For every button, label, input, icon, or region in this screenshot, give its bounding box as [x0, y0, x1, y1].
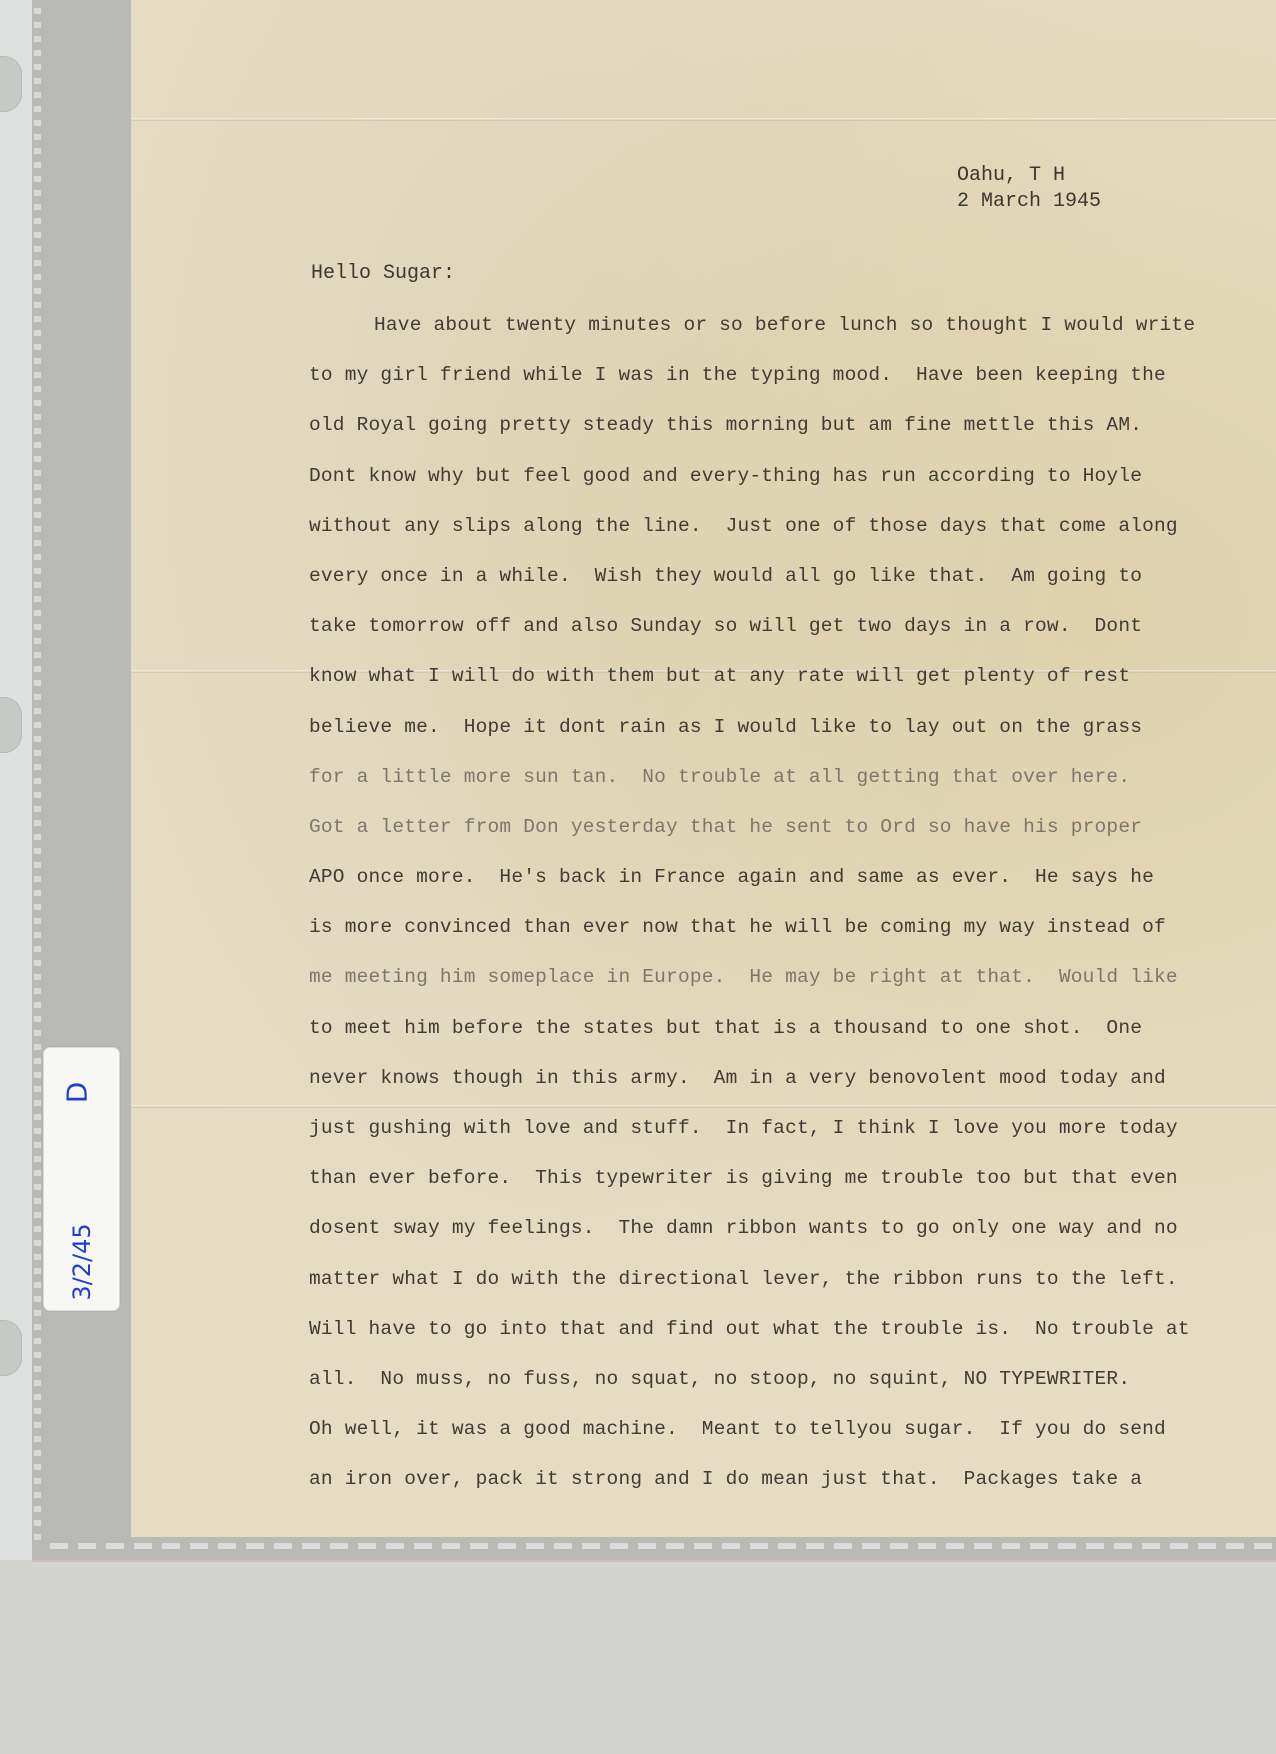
letter-line: to my girl friend while I was in the typ… [309, 363, 1269, 413]
binder-sleeve-edge [0, 0, 33, 1560]
letter-line: Dont know why but feel good and every-th… [309, 464, 1269, 514]
letter-line: old Royal going pretty steady this morni… [309, 413, 1269, 463]
letter-line: just gushing with love and stuff. In fac… [309, 1116, 1269, 1166]
letter-line: Got a letter from Don yesterday that he … [309, 815, 1269, 865]
letter-greeting: Hello Sugar: [311, 262, 455, 285]
letter-line: without any slips along the line. Just o… [309, 514, 1269, 564]
letter-heading: Oahu, T H 2 March 1945 [957, 163, 1101, 215]
letter-body: Have about twenty minutes or so before l… [309, 313, 1269, 1518]
sleeve-perforation-vertical [34, 0, 41, 1540]
letter-line: matter what I do with the directional le… [309, 1267, 1269, 1317]
letter-line: than ever before. This typewriter is giv… [309, 1166, 1269, 1216]
letter-line: Have about twenty minutes or so before l… [309, 313, 1269, 363]
letter-line: all. No muss, no fuss, no squat, no stoo… [309, 1367, 1269, 1417]
binder-hole [0, 697, 22, 753]
archive-date: 3/2/45 [68, 1214, 96, 1310]
letter-line: me meeting him someplace in Europe. He m… [309, 965, 1269, 1015]
letter-line: is more convinced than ever now that he … [309, 915, 1269, 965]
letter-line: to meet him before the states but that i… [309, 1016, 1269, 1066]
letter-line: dosent sway my feelings. The damn ribbon… [309, 1216, 1269, 1266]
letter-date: 2 March 1945 [957, 189, 1101, 215]
letter-line: believe me. Hope it dont rain as I would… [309, 715, 1269, 765]
sleeve-perforation-horizontal [40, 1543, 1276, 1549]
letter-line: know what I will do with them but at any… [309, 664, 1269, 714]
letter-line: never knows though in this army. Am in a… [309, 1066, 1269, 1116]
letter-place: Oahu, T H [957, 163, 1101, 189]
binder-hole [0, 56, 22, 112]
letter-line: Oh well, it was a good machine. Meant to… [309, 1417, 1269, 1467]
archive-label: D 3/2/45 [43, 1047, 120, 1311]
archive-letter-code: D [60, 1082, 93, 1104]
letter-line: for a little more sun tan. No trouble at… [309, 765, 1269, 815]
letter-line: every once in a while. Wish they would a… [309, 564, 1269, 614]
letter-line: Will have to go into that and find out w… [309, 1317, 1269, 1367]
binder-hole [0, 1320, 22, 1376]
letter-line: APO once more. He's back in France again… [309, 865, 1269, 915]
letter-line: an iron over, pack it strong and I do me… [309, 1467, 1269, 1517]
paper-fold [131, 118, 1276, 121]
letter-line: take tomorrow off and also Sunday so wil… [309, 614, 1269, 664]
